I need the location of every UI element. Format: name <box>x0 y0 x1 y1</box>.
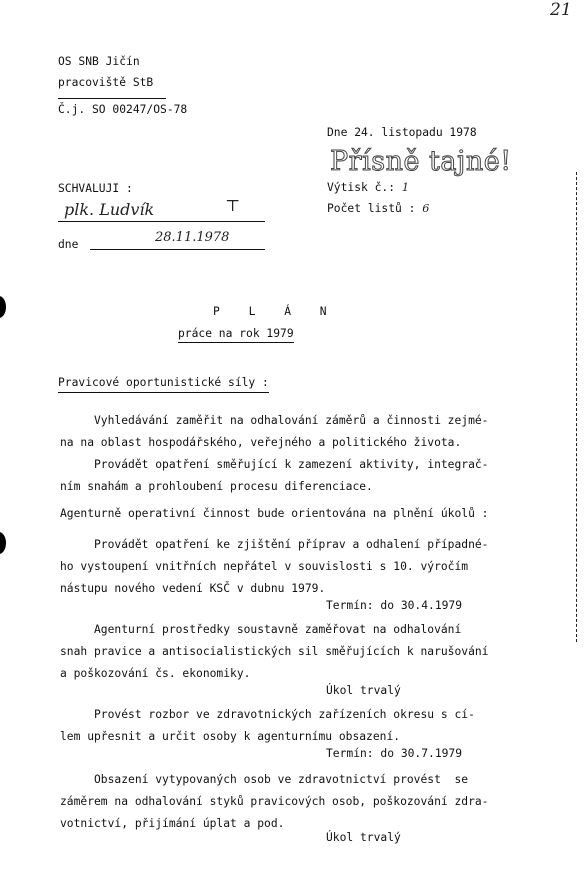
deadline: Termín: do 30.4.1979 <box>326 599 462 612</box>
paragraph-line: Obsazení vytypovaných osob ve zdravotnic… <box>60 769 550 791</box>
signature-line <box>58 221 265 222</box>
paragraph-line: lem upřesnit a určit osoby k agenturnímu… <box>60 726 550 748</box>
paragraph-line: ho vystoupení vnitřních nepřátel v souvi… <box>60 556 550 578</box>
page-count-label: Počet listů : <box>327 202 415 215</box>
classification-stamp: Přísně tajné! <box>330 146 512 177</box>
copy-value: 1 <box>402 181 409 194</box>
deadline: Úkol trvalý <box>326 831 401 844</box>
approval-signature: plk. Ludvík <box>64 200 154 219</box>
deadline: Termín: do 30.7.1979 <box>326 747 462 760</box>
paragraph-line: Provádět opatření směřující k zamezení a… <box>60 454 550 476</box>
approval-date-value: 28.11.1978 <box>155 230 229 245</box>
page-edge-line <box>576 172 577 642</box>
paragraph-line: votnictví, přijímání úplat a pod. <box>60 813 550 835</box>
page-count-value: 6 <box>422 202 429 215</box>
copy-number: Výtisk č.: 1 <box>327 181 409 194</box>
section-heading: Pravicové oportunistické síly : <box>58 376 269 393</box>
paragraph-line: Agenturní prostředky soustavně zaměřovat… <box>60 619 550 641</box>
copy-label: Výtisk č.: <box>327 181 395 194</box>
signature-flourish: ⊤ <box>225 196 240 215</box>
paragraph-line: záměrem na odhalování styků pravicových … <box>60 791 550 813</box>
paragraph-line: Provést rozbor ve zdravotnických zařízen… <box>60 704 550 726</box>
paragraph-line: Agenturně operativní činnost bude orient… <box>60 503 550 525</box>
approval-date-label: dne <box>58 238 78 251</box>
paragraph: Obsazení vytypovaných osob ve zdravotnic… <box>60 769 550 835</box>
punch-hole <box>0 296 6 318</box>
page-number: 21 <box>550 0 572 20</box>
reference-number: Č.j. SO 00247/OS-78 <box>58 103 187 116</box>
date-line <box>90 249 265 250</box>
header-rule <box>58 98 166 99</box>
paragraph-line: nástupu nového vedení KSČ v dubnu 1979. <box>60 578 550 600</box>
paragraph-line: a poškozování čs. ekonomiky. <box>60 663 550 685</box>
document-date: Dne 24. listopadu 1978 <box>327 126 477 139</box>
paragraph-line: snah pravice a antisocialistických sil s… <box>60 641 550 663</box>
org-line-1: OS SNB Jičín <box>58 55 140 68</box>
paragraph: Provádět opatření ke zjištění příprav a … <box>60 534 550 600</box>
paragraph: Provést rozbor ve zdravotnických zařízen… <box>60 704 550 748</box>
deadline: Úkol trvalý <box>326 684 401 697</box>
paragraph-line: Provádět opatření ke zjištění příprav a … <box>60 534 550 556</box>
punch-hole <box>0 532 6 554</box>
paragraph-line: ním snahám a prohloubení procesu diferen… <box>60 476 550 498</box>
org-line-2: pracoviště StB <box>58 76 153 89</box>
paragraph: Agenturně operativní činnost bude orient… <box>60 503 550 525</box>
paragraph-line: na na oblast hospodářského, veřejného a … <box>60 432 550 454</box>
paragraph-line: Vyhledávání zaměřit na odhalování záměrů… <box>60 410 550 432</box>
paragraph: Vyhledávání zaměřit na odhalování záměrů… <box>60 410 550 498</box>
paragraph: Agenturní prostředky soustavně zaměřovat… <box>60 619 550 685</box>
page-count: Počet listů : 6 <box>327 202 429 215</box>
approval-label: SCHVALUJI : <box>58 182 133 195</box>
document-title: P L Á N <box>213 305 333 318</box>
document-subtitle: práce na rok 1979 <box>178 327 294 343</box>
